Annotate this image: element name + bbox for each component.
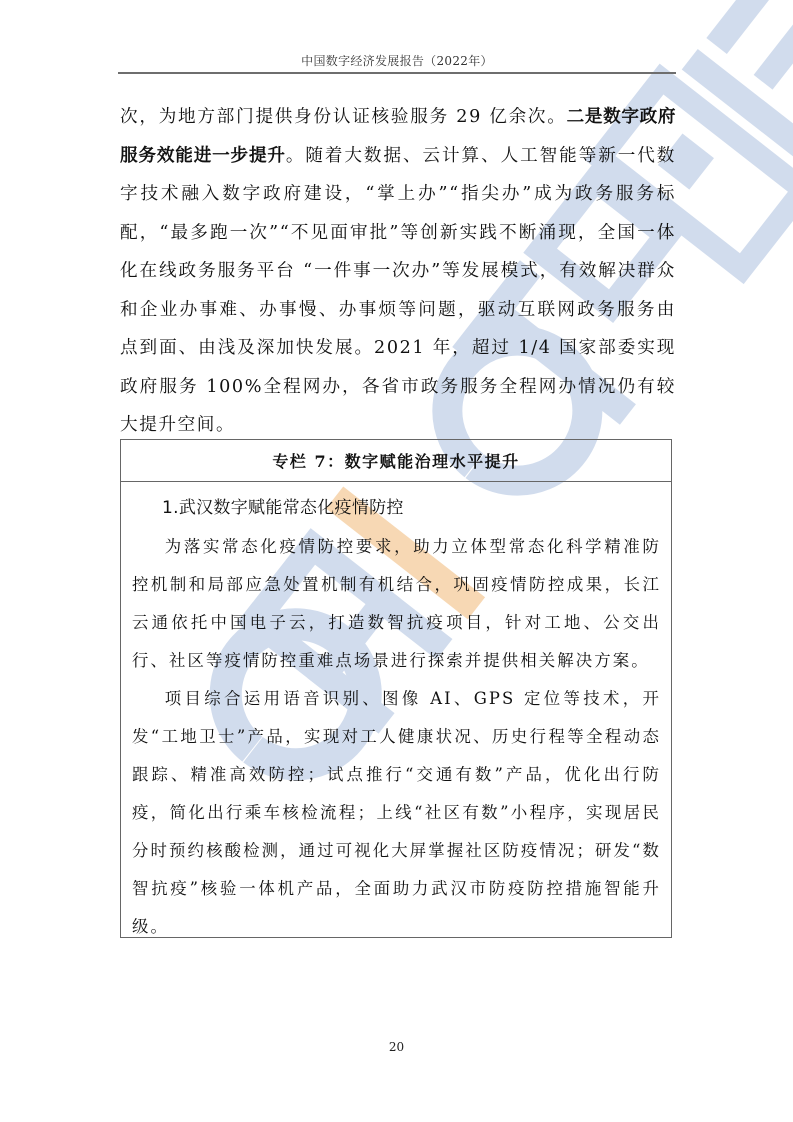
- body-paragraph: 次，为地方部门提供身份认证核验服务 29 亿余次。二是数字政府服务效能进一步提升…: [120, 98, 676, 445]
- column-title: 专栏 7：数字赋能治理水平提升: [272, 449, 519, 472]
- page-number: 20: [0, 1040, 793, 1054]
- column-paragraph: 项目综合运用语音识别、图像 AI、GPS 定位等技术，开发“工地卫士”产品，实现…: [132, 680, 661, 946]
- main-body: 次，为地方部门提供身份认证核验服务 29 亿余次。二是数字政府服务效能进一步提升…: [120, 98, 676, 445]
- paragraph-lead-text: 次，为地方部门提供身份认证核验服务 29 亿余次。: [120, 107, 567, 127]
- column-paragraph: 为落实常态化疫情防控要求，助力立体型常态化科学精准防控机制和局部应急处置机制有机…: [132, 528, 661, 680]
- column-body: 1.武汉数字赋能常态化疫情防控 为落实常态化疫情防控要求，助力立体型常态化科学精…: [121, 482, 671, 946]
- column-subheading: 1.武汉数字赋能常态化疫情防控: [162, 488, 661, 528]
- header-divider: [118, 72, 676, 74]
- paragraph-remaining-text: 。随着大数据、云计算、人工智能等新一代数字技术融入数字政府建设，“掌上办”“指尖…: [120, 146, 676, 436]
- feature-column-box: 专栏 7：数字赋能治理水平提升 1.武汉数字赋能常态化疫情防控 为落实常态化疫情…: [120, 439, 672, 938]
- column-title-row: 专栏 7：数字赋能治理水平提升: [121, 440, 671, 482]
- running-header-title: 中国数字经济发展报告（2022年）: [118, 52, 676, 69]
